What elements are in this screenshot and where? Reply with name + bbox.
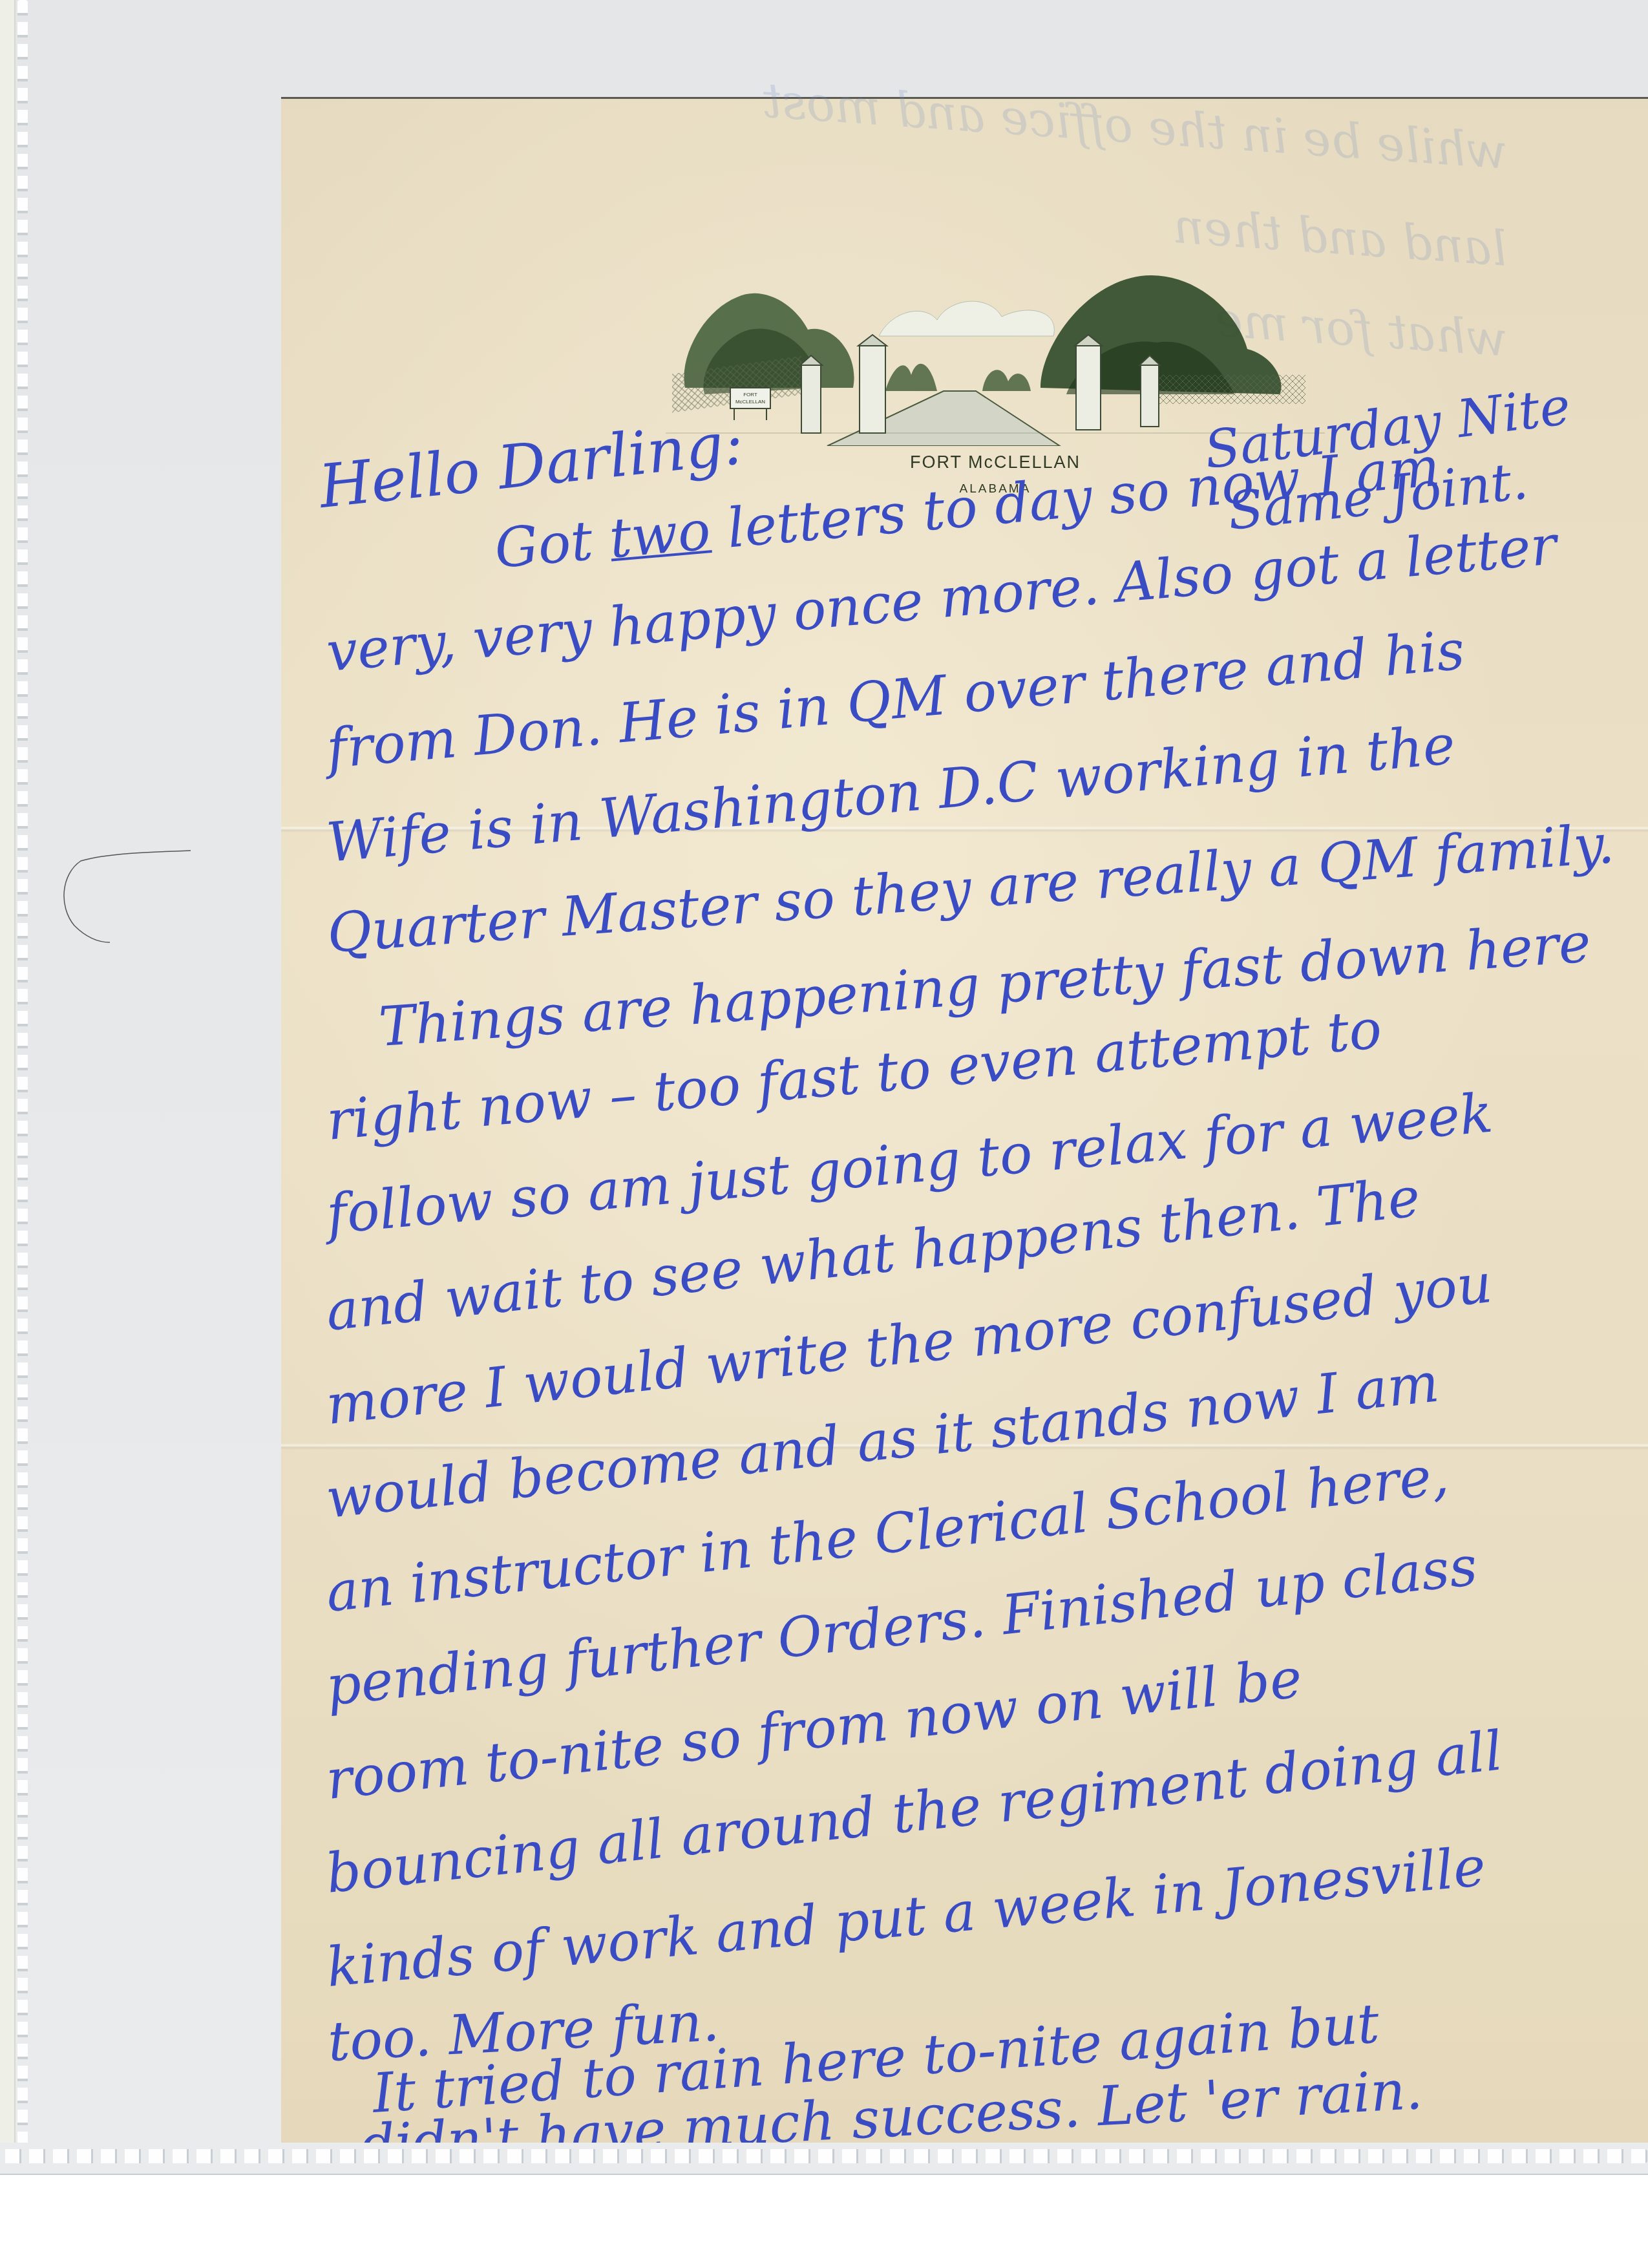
svg-text:FORT: FORT — [743, 392, 757, 397]
stray-hair-fiber — [61, 848, 197, 945]
underlined-word: two — [607, 498, 713, 570]
svg-text:McCLELLAN: McCLELLAN — [735, 399, 765, 405]
sleeve-perforation-bottom — [0, 2149, 1648, 2163]
sleeve-perforation-left — [17, 0, 28, 2152]
sleeve-spine — [0, 0, 16, 2172]
